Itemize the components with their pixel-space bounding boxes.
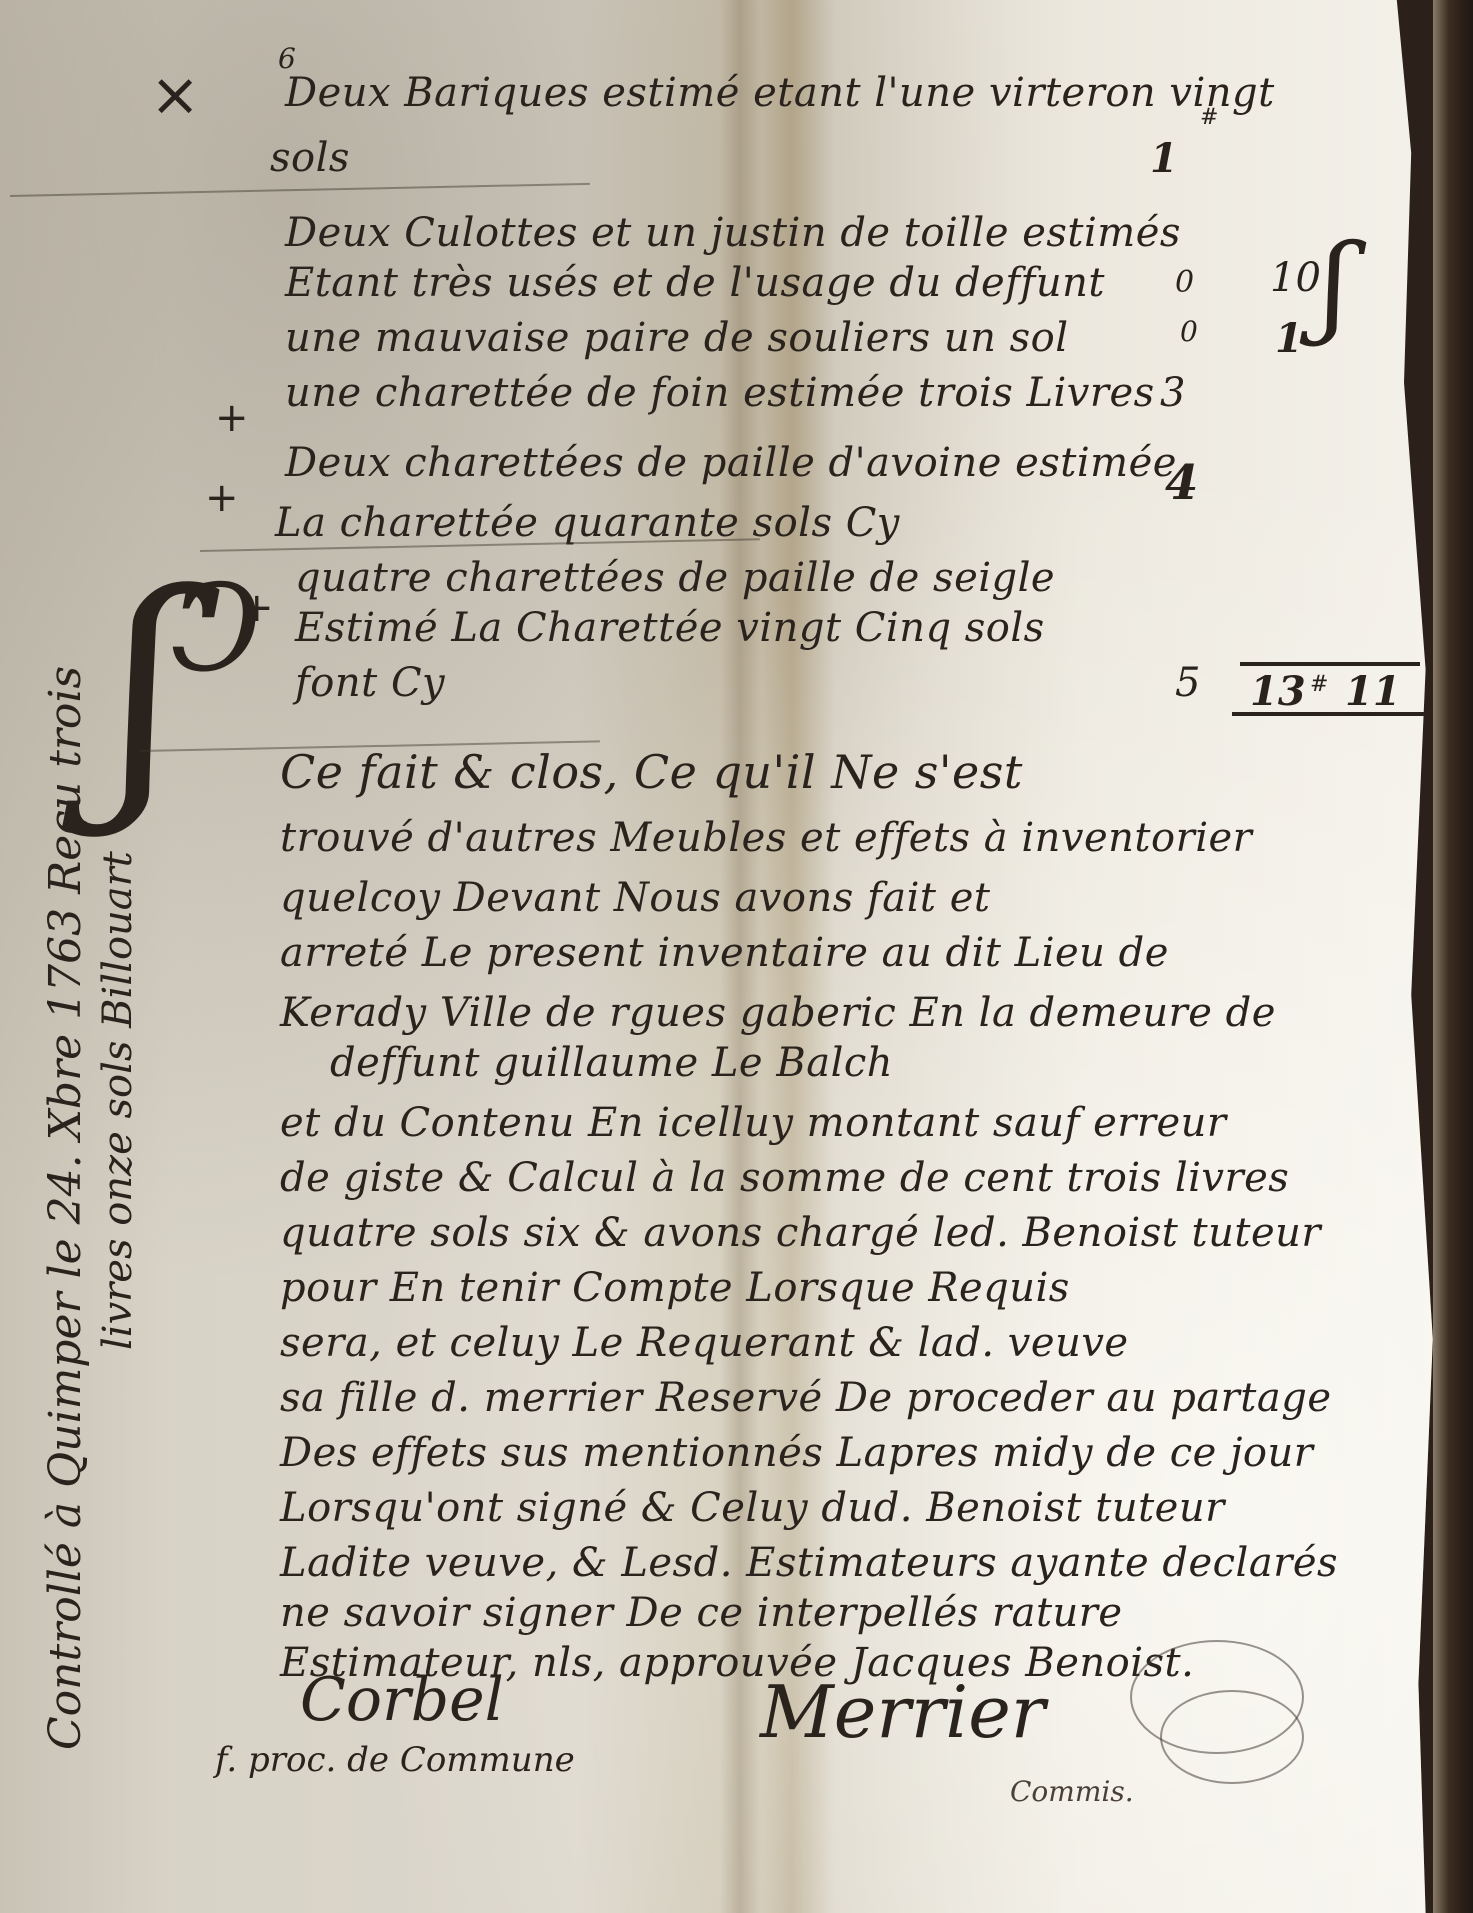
signature-corbel-title: f. proc. de Commune: [215, 1740, 575, 1780]
signature-paraph-swirl: [1160, 1690, 1304, 1784]
item-1-line-1: Deux Bariques estimé etant l'une virtero…: [285, 70, 1275, 116]
item-3-line-1: une mauvaise paire de souliers un sol: [285, 315, 1068, 361]
closing-line-4: arreté Le present inventaire au dit Lieu…: [280, 930, 1169, 976]
margin-note-control-2: livres onze sols Billouart: [95, 851, 141, 1350]
item-4-livres: 3: [1160, 370, 1185, 416]
closing-line-5: Kerady Ville de rgues gaberic En la deme…: [280, 990, 1276, 1036]
item-1-line-2: sols: [270, 135, 350, 181]
closing-line-15: Ladite veuve, & Lesd. Estimateurs ayante…: [280, 1540, 1338, 1586]
item-3-livres: 0: [1180, 315, 1198, 348]
total-livres-mark: #: [1310, 672, 1328, 697]
item-6-line-2: Estimé La Charettée vingt Cinq sols: [295, 605, 1045, 651]
closing-line-9: quatre sols six & avons chargé led. Beno…: [280, 1210, 1321, 1256]
item-4-cross-mark: +: [215, 395, 249, 441]
item-3-sols: 1: [1275, 315, 1303, 362]
signature-merrier: Merrier: [760, 1670, 1045, 1754]
item-5-cross-mark: +: [205, 475, 239, 521]
item-6-line-3: font Cy: [295, 660, 445, 706]
signature-merrier-title: Commis.: [1010, 1775, 1134, 1808]
total-underline: [1232, 712, 1427, 716]
item-6-livres: 5: [1175, 660, 1200, 706]
closing-line-16: ne savoir signer De ce interpellés ratur…: [280, 1590, 1123, 1636]
item-2-livres: 0: [1175, 265, 1194, 300]
closing-line-1: Ce fait & clos, Ce qu'il Ne s'est: [280, 745, 1023, 799]
closing-line-3: quelcoy Devant Nous avons fait et: [280, 875, 990, 921]
page-edge-shadow: [1433, 0, 1473, 1913]
margin-note-control: Controllé à Quimper le 24. Xbre 1763 Reç…: [40, 666, 91, 1750]
item-5-line-2: La charettée quarante sols Cy: [275, 500, 900, 546]
total-sols: 11: [1345, 668, 1401, 715]
item-6-cross-mark: +: [240, 585, 274, 631]
closing-line-2: trouvé d'autres Meubles et effets à inve…: [280, 815, 1252, 861]
livres-mark: #: [1200, 105, 1218, 130]
item-2-sols: 10: [1270, 255, 1321, 301]
sols-flourish: ʃ: [1320, 220, 1350, 348]
item-2-line-2: Etant très usés et de l'usage du deffunt: [285, 260, 1105, 306]
item-1-livres: 1: [1150, 135, 1178, 182]
closing-line-11: sera, et celuy Le Requerant & lad. veuve: [280, 1320, 1129, 1366]
closing-line-8: de giste & Calcul à la somme de cent tro…: [280, 1155, 1289, 1201]
closing-line-10: pour En tenir Compte Lorsque Requis: [280, 1265, 1070, 1311]
item-2-line-1: Deux Culottes et un justin de toille est…: [285, 210, 1181, 256]
closing-line-6: deffunt guillaume Le Balch: [330, 1040, 893, 1086]
signature-corbel: Corbel: [300, 1665, 504, 1735]
item-4-line-1: une charettée de foin estimée trois Livr…: [285, 370, 1155, 416]
total-livres: 13: [1250, 668, 1306, 715]
cross-mark: ⨯: [150, 60, 200, 130]
closing-line-13: Des effets sus mentionnés Lapres midy de…: [280, 1430, 1313, 1476]
item-5-line-1: Deux charettées de paille d'avoine estim…: [285, 440, 1177, 486]
item-5-livres: 4: [1165, 455, 1198, 511]
closing-line-12: sa fille d. merrier Reservé De proceder …: [280, 1375, 1331, 1421]
closing-line-14: Lorsqu'ont signé & Celuy dud. Benoist tu…: [280, 1485, 1225, 1531]
total-overline: [1240, 662, 1420, 666]
item-6-line-1: quatre charettées de paille de seigle: [295, 555, 1055, 601]
closing-line-7: et du Contenu En icelluy montant sauf er…: [280, 1100, 1227, 1146]
